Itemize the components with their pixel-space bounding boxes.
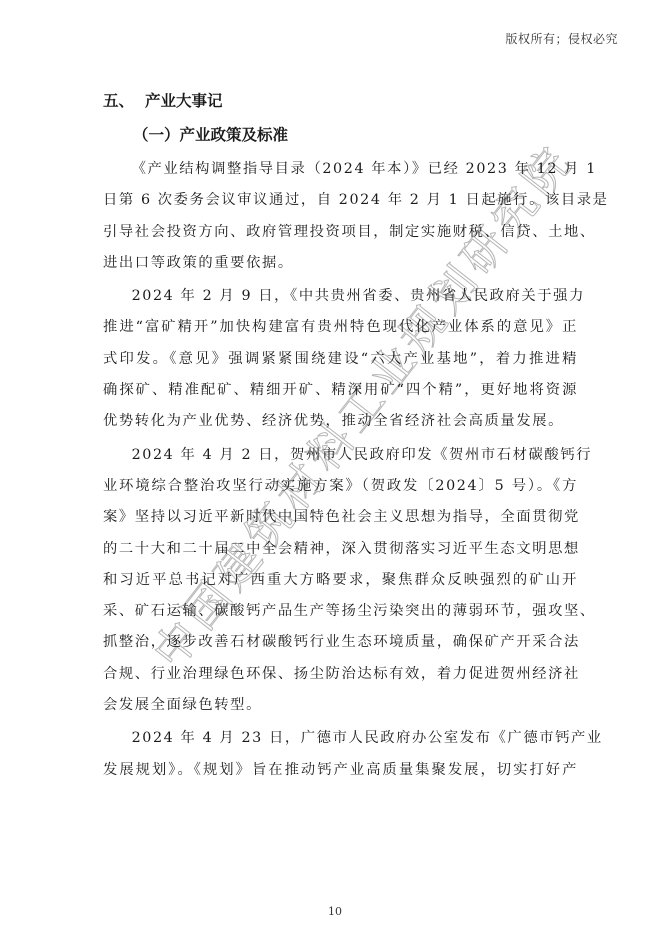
paragraph-catalog-2024: 《产业结构调整指导目录（2024 年本）》已经 2023 年 12 月 1 日第… [103,154,578,279]
paragraph-hezhou-plan: 2024 年 4 月 2 日，贺州市人民政府印发《贺州市石材碳酸钙行 业环境综合… [103,440,578,722]
text-line: 《产业结构调整指导目录（2024 年本）》已经 2023 年 12 月 1 [103,154,578,185]
page-number: 10 [0,905,670,918]
text-line: 进出口等政策的重要依据。 [103,248,578,279]
text-line: 抓整治，逐步改善石材碳酸钙行业生态环境质量，确保矿产开采合法 [103,627,578,658]
text-line: 式印发。《意见》强调紧紧围绕建设“六大产业基地”，着力推进精 [103,344,578,375]
text-line: 业环境综合整治攻坚行动实施方案》（贺政发〔2024〕5 号）。《方 [103,471,578,502]
text-line: 案》坚持以习近平新时代中国特色社会主义思想为指导，全面贯彻党 [103,502,578,533]
text-line: 优势转化为产业优势、经济优势，推动全省经济社会高质量发展。 [103,406,578,437]
section-title: 产业大事记 [145,92,223,110]
text-line: 采、矿石运输、碳酸钙产品生产等扬尘污染突出的薄弱环节，强攻坚、 [103,596,578,627]
text-line: 日第 6 次委务会议审议通过，自 2024 年 2 月 1 日起施行。该目录是 [103,185,578,216]
section-number: 五、 [103,88,145,114]
subsection-heading: （一）产业政策及标准 [103,122,578,148]
text-line: 2024 年 4 月 2 日，贺州市人民政府印发《贺州市石材碳酸钙行 [103,440,578,471]
text-line: 引导社会投资方向、政府管理投资项目，制定实施财税、信贷、土地、 [103,217,578,248]
text-line: 确探矿、精准配矿、精细开矿、精深用矿“四个精”，更好地将资源 [103,375,578,406]
text-line: 推进“富矿精开”加快构建富有贵州特色现代化产业体系的意见》正 [103,312,578,343]
text-line: 合规、行业治理绿色环保、扬尘防治达标有效，着力促进贺州经济社 [103,659,578,690]
text-line: 会发展全面绿色转型。 [103,690,578,721]
paragraph-guizhou-opinion: 2024 年 2 月 9 日，《中共贵州省委、贵州省人民政府关于强力 推进“富矿… [103,281,578,437]
text-line: 和习近平总书记对广西重大方略要求，聚焦群众反映强烈的矿山开 [103,565,578,596]
text-line: 2024 年 4 月 23 日，广德市人民政府办公室发布《广德市钙产业 [103,723,578,754]
text-line: 2024 年 2 月 9 日，《中共贵州省委、贵州省人民政府关于强力 [103,281,578,312]
text-line: 的二十大和二十届二中全会精神，深入贯彻落实习近平生态文明思想 [103,534,578,565]
text-line: 发展规划》。《规划》旨在推动钙产业高质量集聚发展，切实打好产 [103,755,578,786]
section-heading: 五、产业大事记 [103,88,578,114]
document-body: 五、产业大事记 （一）产业政策及标准 《产业结构调整指导目录（2024 年本）》… [103,88,578,788]
paragraph-guangde-plan: 2024 年 4 月 23 日，广德市人民政府办公室发布《广德市钙产业 发展规划… [103,723,578,786]
copyright-notice: 版权所有；侵权必究 [505,30,618,47]
